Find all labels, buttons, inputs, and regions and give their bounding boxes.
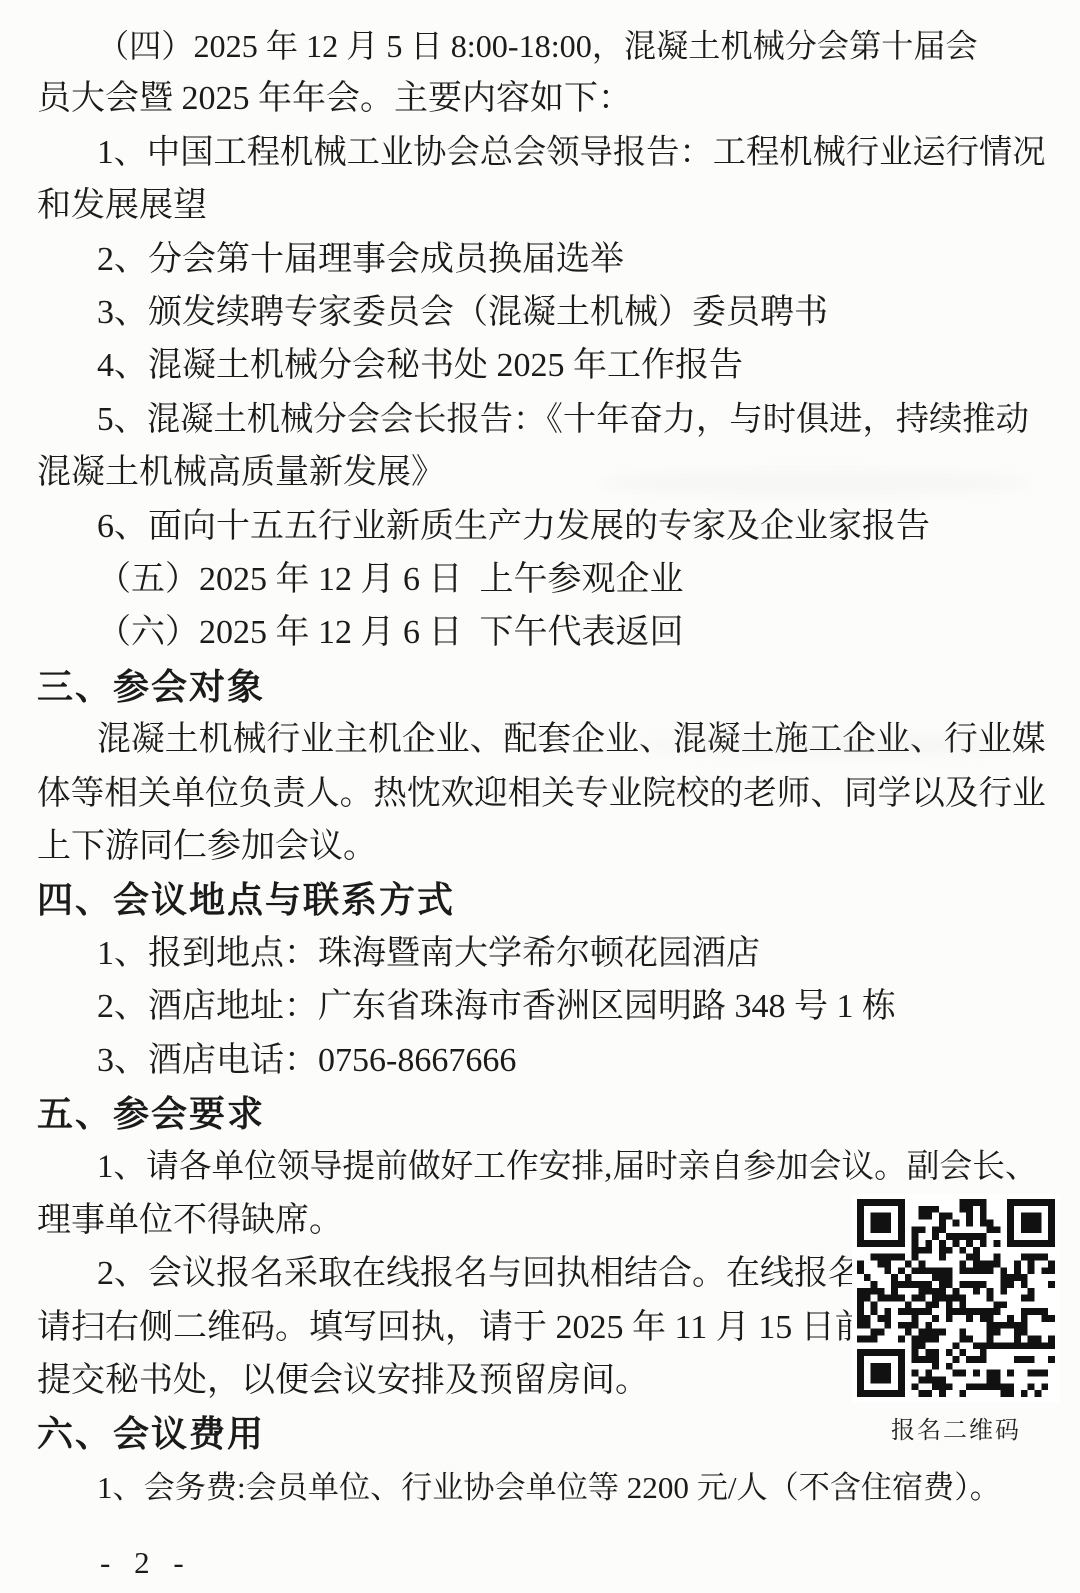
text-line: 2、会议报名采取在线报名与回执相结合。在线报名，	[97, 1252, 896, 1296]
text-line: 2、分会第十届理事会成员换届选举	[97, 238, 624, 282]
text-line: （六）2025 年 12 月 6 日 下午代表返回	[97, 611, 684, 655]
document-page: （四）2025 年 12 月 5 日 8:00-18:00，混凝土机械分会第十届…	[0, 0, 1080, 1593]
text-line: 3、颁发续聘专家委员会（混凝土机械）委员聘书	[97, 291, 828, 335]
text-line: 员大会暨 2025 年年会。主要内容如下：	[37, 77, 632, 121]
text-line: 上下游同仁参加会议。	[37, 825, 377, 869]
qr-code-icon	[852, 1194, 1060, 1402]
text-line: 4、混凝土机械分会秘书处 2025 年工作报告	[97, 344, 743, 388]
text-line: 和发展展望	[37, 184, 207, 228]
text-line: （四）2025 年 12 月 5 日 8:00-18:00，混凝土机械分会第十届…	[97, 24, 978, 68]
text-line: 请扫右侧二维码。填写回执，请于 2025 年 11 月 15 日前	[37, 1306, 869, 1350]
section-heading: 四、会议地点与联系方式	[37, 878, 455, 922]
text-line: 1、中国工程机械工业协会总会领导报告：工程机械行业运行情况	[97, 131, 1046, 175]
text-line: 理事单位不得缺席。	[37, 1199, 343, 1243]
text-line: 体等相关单位负责人。热忱欢迎相关专业院校的老师、同学以及行业	[37, 772, 1046, 816]
text-line: （五）2025 年 12 月 6 日 上午参观企业	[97, 558, 684, 602]
text-line: 提交秘书处，以便会议安排及预留房间。	[37, 1359, 649, 1403]
section-heading: 五、参会要求	[37, 1092, 265, 1136]
text-line: 6、面向十五五行业新质生产力发展的专家及企业家报告	[97, 505, 930, 549]
text-line: 1、会务费:会员单位、行业协会单位等 2200 元/人（不含住宿费）。	[97, 1466, 1001, 1510]
page-number: - 2 -	[100, 1545, 192, 1581]
text-line: 1、请各单位领导提前做好工作安排,届时亲自参加会议。副会长、	[97, 1145, 1038, 1189]
text-line: 3、酒店电话：0756-8667666	[97, 1039, 516, 1083]
text-line: 5、混凝土机械分会会长报告：《十年奋力，与时俱进，持续推动	[97, 398, 1029, 442]
registration-qr-block: 报名二维码	[849, 1194, 1063, 1445]
text-line: 2、酒店地址：广东省珠海市香洲区园明路 348 号 1 栋	[97, 985, 896, 1029]
section-heading: 六、会议费用	[37, 1412, 265, 1456]
text-line: 混凝土机械行业主机企业、配套企业、混凝土施工企业、行业媒	[97, 718, 1046, 762]
text-line: 1、报到地点：珠海暨南大学希尔顿花园酒店	[97, 932, 760, 976]
qr-caption: 报名二维码	[849, 1410, 1063, 1445]
section-heading: 三、参会对象	[37, 665, 265, 709]
text-line: 混凝土机械高质量新发展》	[37, 451, 445, 495]
